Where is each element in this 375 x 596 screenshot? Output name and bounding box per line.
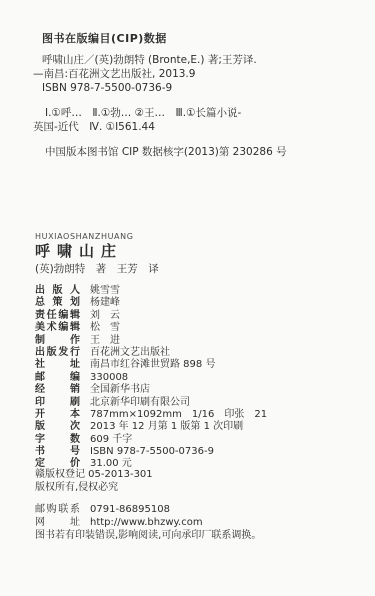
colophon-row: 责任编辑 刘 云 xyxy=(35,306,267,318)
cip-classification: Ⅰ.①呼… Ⅱ.①勃… ②王… Ⅲ.①长篇小说- 英国-近代 Ⅳ. ①I561.… xyxy=(33,106,241,134)
cip-entry-line3: ISBN 978-7-5500-0736-9 xyxy=(33,81,257,95)
cip-class-line2: 英国-近代 Ⅳ. ①I561.44 xyxy=(33,120,241,134)
author-byline: (英)勃朗特 著 王芳 译 xyxy=(35,261,159,276)
copyright-registration: 赣版权登记 05-2013-301 xyxy=(35,468,153,481)
cip-class-line1: Ⅰ.①呼… Ⅱ.①勃… ②王… Ⅲ.①长篇小说- xyxy=(33,106,241,120)
colophon-row: 书号 ISBN 978-7-5500-0736-9 xyxy=(35,442,267,454)
colophon-row: 总策划 杨建峰 xyxy=(35,293,267,305)
cip-registry-line: 中国版本图书馆 CIP 数据核字(2013)第 230286 号 xyxy=(45,144,287,159)
colophon-value: 609 千字 xyxy=(90,430,132,445)
cip-entry-paragraph: 呼啸山庄／(英)勃朗特 (Bronte,E.) 著;王芳译. —南昌:百花洲文艺… xyxy=(33,53,257,95)
copyright-notice: 版权所有,侵权必究 xyxy=(35,481,153,494)
contact-row: 邮购联系 0791-86895108 xyxy=(35,500,261,513)
copyright-block: 赣版权登记 05-2013-301 版权所有,侵权必究 xyxy=(35,468,153,494)
colophon-row: 美术编辑 松 雪 xyxy=(35,318,267,330)
colophon-row: 制作 王 进 xyxy=(35,331,267,343)
book-title: 呼啸山庄 xyxy=(35,240,123,261)
cip-entry-line1: 呼啸山庄／(英)勃朗特 (Bronte,E.) 著;王芳译. xyxy=(33,53,257,67)
colophon-row: 开本 787mm×1092mm 1/16 印张 21 xyxy=(35,405,267,417)
colophon-value: 南昌市红谷滩世贸路 898 号 xyxy=(90,355,215,370)
colophon-row: 社址 南昌市红谷滩世贸路 898 号 xyxy=(35,355,267,367)
colophon-row: 出版人 姚雪雪 xyxy=(35,281,267,293)
colophon-row: 经销 全国新华书店 xyxy=(35,380,267,392)
cip-header: 图书在版编目(CIP)数据 xyxy=(42,30,167,46)
contact-block: 邮购联系 0791-86895108 网址 http://www.bhzwy.c… xyxy=(35,500,261,539)
contact-value: 0791-86895108 xyxy=(90,504,170,515)
colophon-table: 出版人 姚雪雪 总策划 杨建峰 责任编辑 刘 云 美术编辑 松 雪 制作 王 进… xyxy=(35,281,267,467)
misprint-note: 图书若有印装错误,影响阅读,可向承印厂联系调换。 xyxy=(35,526,261,539)
cip-entry-line2: —南昌:百花洲文艺出版社, 2013.9 xyxy=(33,67,257,81)
colophon-row: 印刷 北京新华印刷有限公司 xyxy=(35,393,267,405)
colophon-row: 版次 2013 年 12 月第 1 版第 1 次印刷 xyxy=(35,417,267,429)
colophon-row: 出版发行 百花洲文艺出版社 xyxy=(35,343,267,355)
